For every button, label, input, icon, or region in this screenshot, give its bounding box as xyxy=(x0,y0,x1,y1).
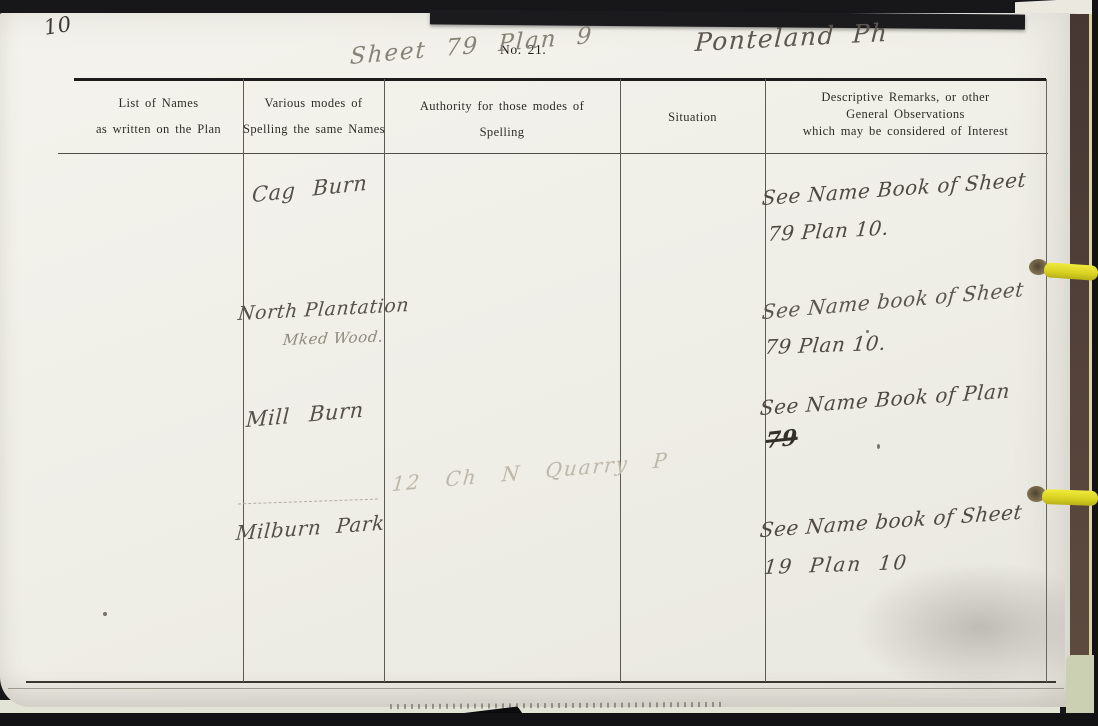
column-divider xyxy=(243,79,244,682)
scan-shadow-smudge xyxy=(853,560,1065,695)
ink-speck xyxy=(866,330,869,333)
photo-right-border xyxy=(1092,0,1098,726)
column-header-spelling-line2: Spelling the same Names xyxy=(243,122,384,137)
column-header-names-line2: as written on the Plan xyxy=(74,122,243,137)
photo-background: 10 No. 21. Sheet 79 Plan 9 Ponteland Ph … xyxy=(0,0,1098,726)
table-header-rule xyxy=(58,153,1048,154)
column-header-authority-line1: Authority for those modes of xyxy=(384,99,620,114)
column-divider xyxy=(620,79,621,682)
photo-bottom-border xyxy=(0,713,1098,726)
page-corner-bottom-right xyxy=(1066,655,1094,713)
entry-remark-line: 79 Plan 10. xyxy=(764,331,888,359)
page-number: 10 xyxy=(42,12,73,40)
column-header-spelling-line1: Various modes of xyxy=(243,96,384,111)
column-divider xyxy=(384,79,385,682)
ink-speck xyxy=(103,612,107,616)
column-header-authority-line2: Spelling xyxy=(384,125,620,140)
ink-speck xyxy=(877,444,880,449)
entry-remark-struck-text: 79 xyxy=(766,425,799,455)
yellow-binding-tie xyxy=(1042,489,1098,506)
table-top-rule xyxy=(74,78,1046,81)
column-header-situation: Situation xyxy=(620,110,765,125)
column-header-remarks-line2: General Observations xyxy=(765,107,1046,122)
column-header-remarks-line3: which may be considered of Interest xyxy=(765,124,1046,139)
column-header-remarks-line1: Descriptive Remarks, or other xyxy=(765,90,1046,105)
column-divider xyxy=(765,79,766,682)
entry-name-subnote: Mked Wood. xyxy=(282,327,384,349)
page-edge-band xyxy=(1070,14,1091,714)
column-header-names-line1: List of Names xyxy=(74,96,243,111)
